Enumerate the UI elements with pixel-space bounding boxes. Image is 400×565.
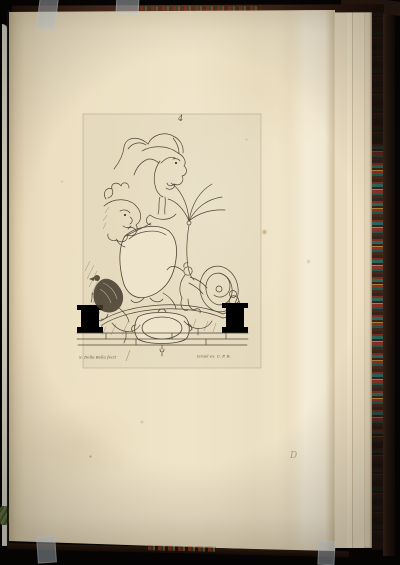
mounting-tape-bottom-right: [317, 541, 335, 565]
foxing-spot: [89, 455, 92, 458]
marbled-fore-edge: [372, 8, 383, 550]
artist-signature: S. Della Bella fecit: [79, 355, 116, 360]
mounting-tape-top-middle: [116, 0, 140, 15]
mounting-tape-bottom-left: [36, 535, 57, 563]
page-stack-edge: [333, 8, 347, 548]
book-cover-right-edge: [383, 4, 395, 556]
collection-mark: D: [290, 451, 297, 461]
publisher-inscription: Israel ex. C. P. R.: [197, 354, 231, 359]
etching-plate: [76, 111, 266, 371]
foxing-spot: [60, 180, 64, 183]
plate-number: 4: [178, 114, 183, 123]
foxing-spot: [140, 420, 144, 424]
foxing-spot: [306, 259, 311, 264]
page-stack-edge: [352, 8, 364, 548]
page-stack-edge: [364, 8, 372, 548]
book-photograph: 4 S. Della Bella fecit Israel ex. C. P. …: [0, 0, 400, 565]
blank-oval-cartouche: [142, 317, 182, 339]
